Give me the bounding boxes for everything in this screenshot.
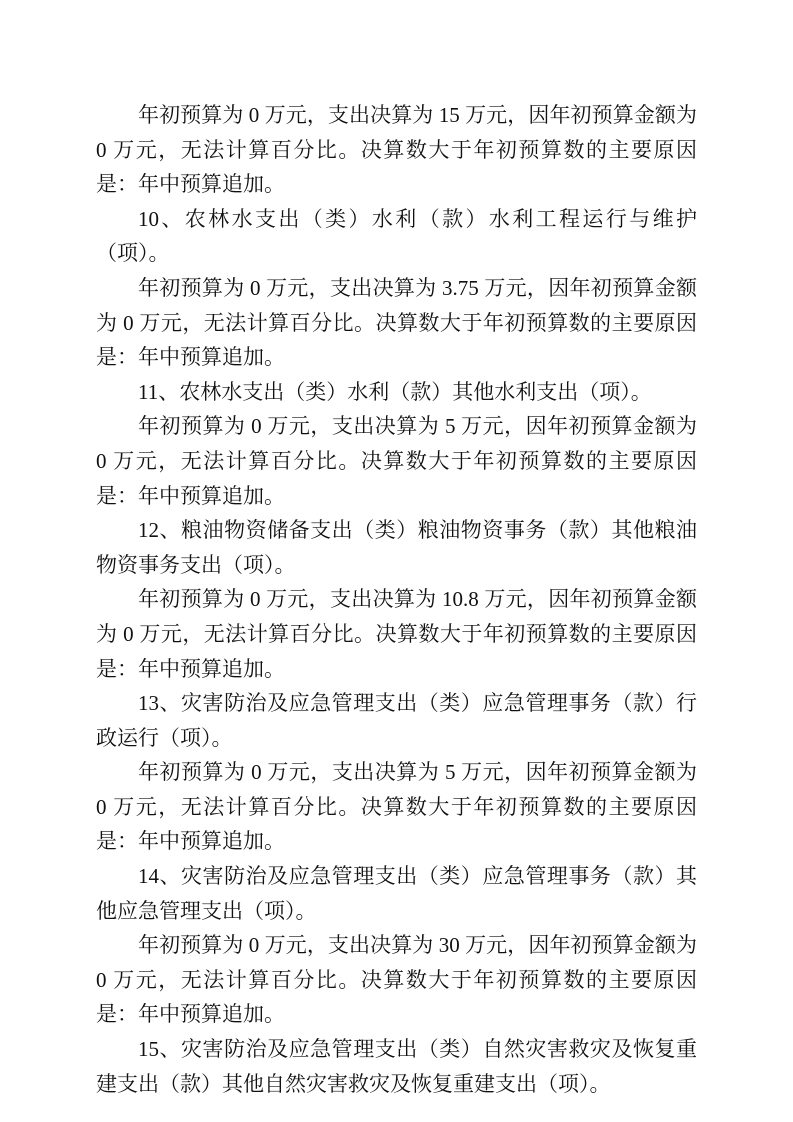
budget-detail-paragraph: 年初预算为 0 万元，支出决算为 5 万元，因年初预算金额为 0 万元，无法计算…	[96, 409, 697, 513]
budget-detail-paragraph: 年初预算为 0 万元，支出决算为 15 万元，因年初预算金额为 0 万元，无法计…	[96, 98, 697, 202]
budget-detail-paragraph: 年初预算为 0 万元，支出决算为 5 万元，因年初预算金额为 0 万元，无法计算…	[96, 755, 697, 859]
budget-item-heading: 13、灾害防治及应急管理支出（类）应急管理事务（款）行政运行（项）。	[96, 686, 697, 755]
budget-detail-paragraph: 年初预算为 0 万元，支出决算为 10.8 万元，因年初预算金额为 0 万元，无…	[96, 582, 697, 686]
budget-item-heading: 14、灾害防治及应急管理支出（类）应急管理事务（款）其他应急管理支出（项）。	[96, 859, 697, 928]
budget-item-heading: 12、粮油物资储备支出（类）粮油物资事务（款）其他粮油物资事务支出（项）。	[96, 513, 697, 582]
budget-item-heading: 11、农林水支出（类）水利（款）其他水利支出（项）。	[96, 375, 697, 410]
budget-item-heading: 15、灾害防治及应急管理支出（类）自然灾害救灾及恢复重建支出（款）其他自然灾害救…	[96, 1032, 697, 1101]
document-page: 年初预算为 0 万元，支出决算为 15 万元，因年初预算金额为 0 万元，无法计…	[0, 0, 793, 1122]
budget-item-heading: 10、农林水支出（类）水利（款）水利工程运行与维护（项）。	[96, 202, 697, 271]
budget-detail-paragraph: 年初预算为 0 万元，支出决算为 30 万元，因年初预算金额为 0 万元，无法计…	[96, 928, 697, 1032]
budget-detail-paragraph: 年初预算为 0 万元，支出决算为 3.75 万元，因年初预算金额为 0 万元，无…	[96, 271, 697, 375]
